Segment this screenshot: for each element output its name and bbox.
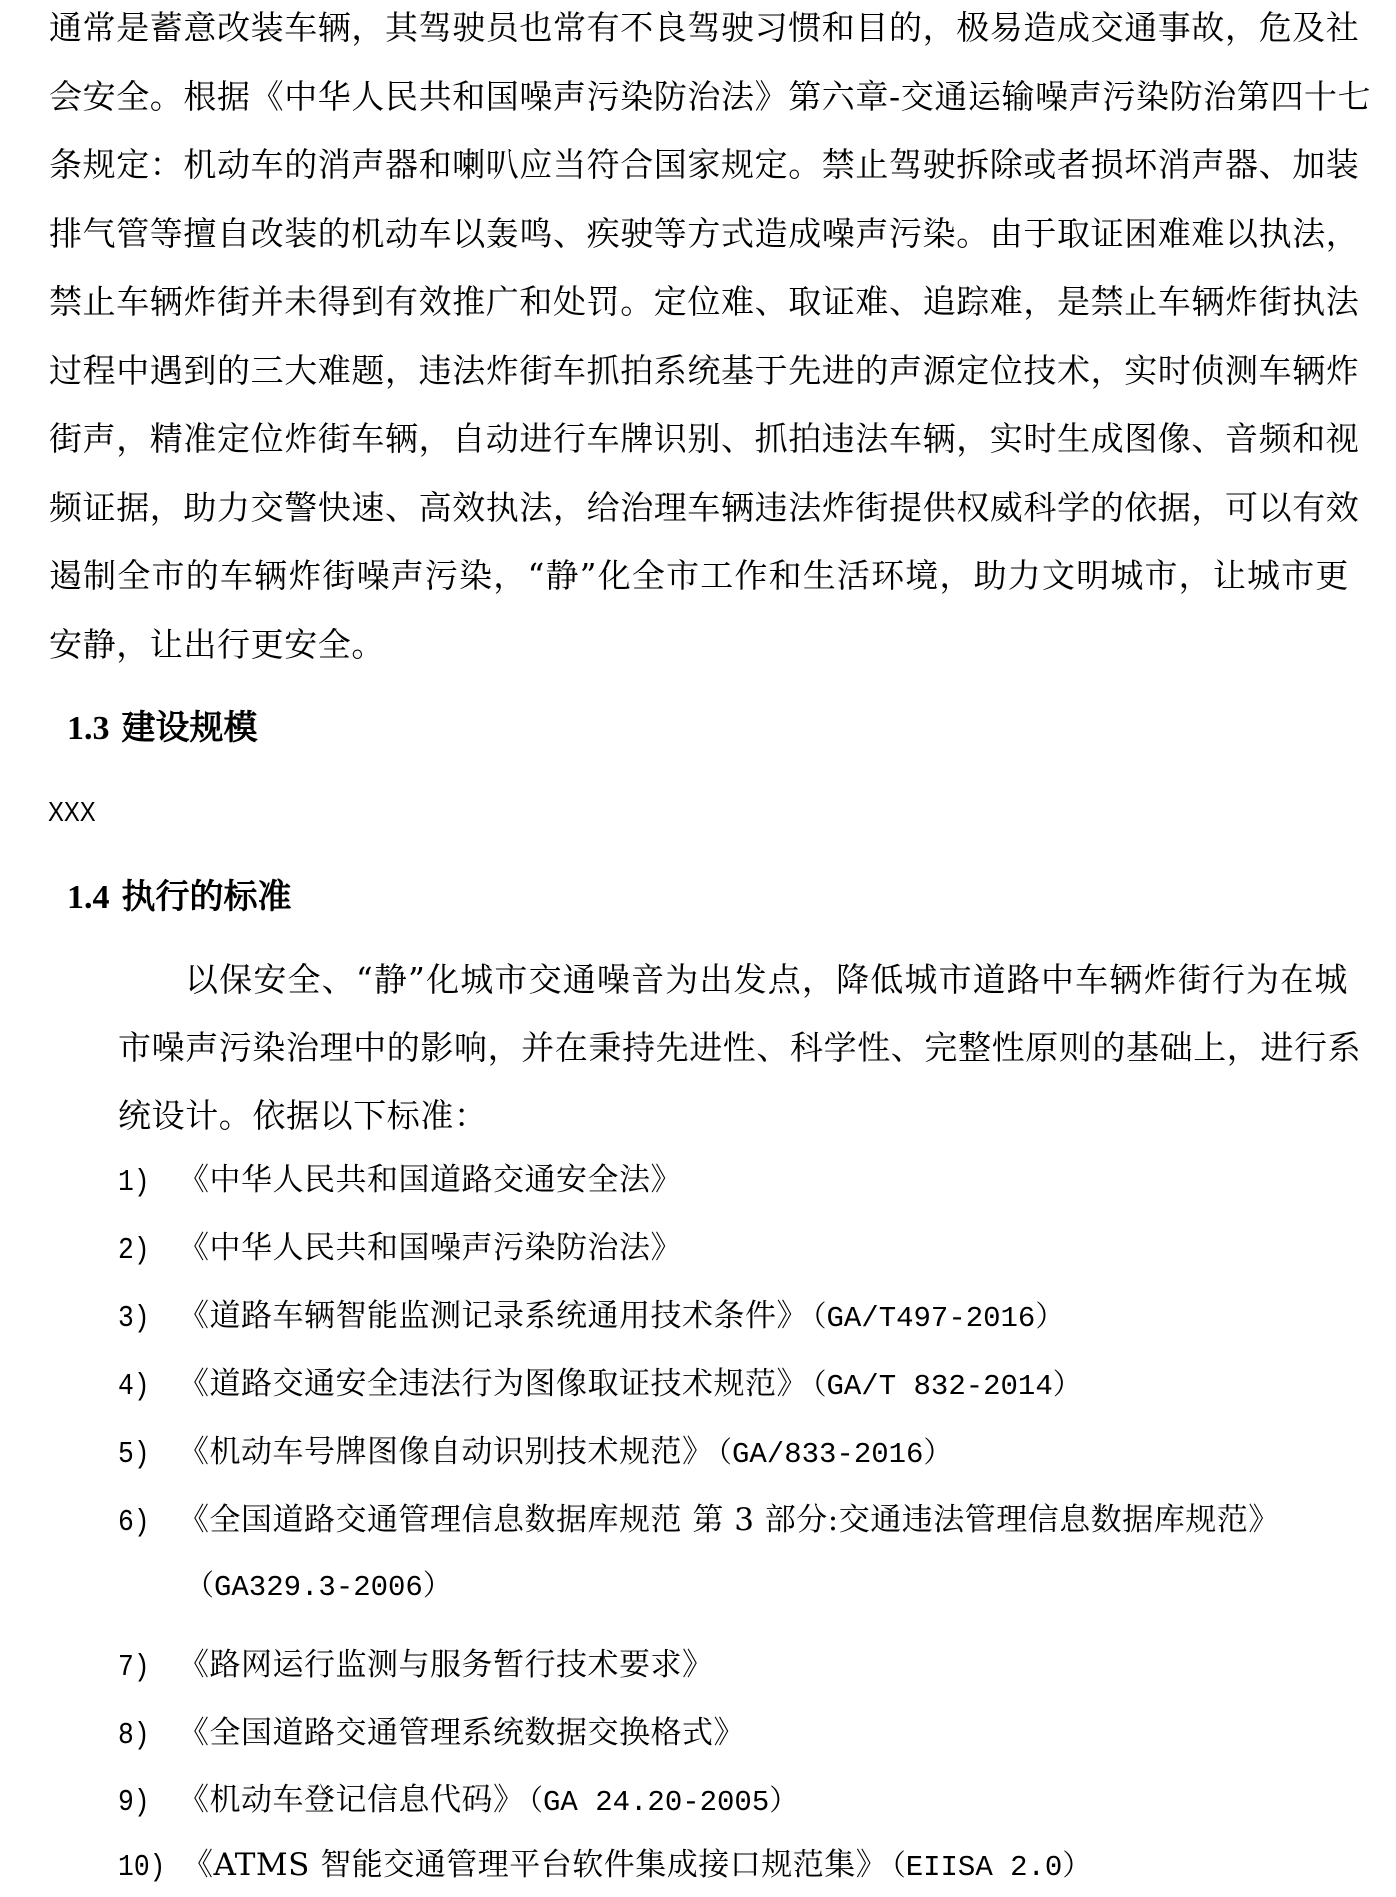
standard-code: （EIISA 2.0） (891, 1851, 1091, 1884)
intro-line-8: 频证据，助力交警快速、高效执法，给治理车辆违法炸街提供权威科学的依据，可以有效 (49, 488, 1349, 528)
intro-line-9: 遏制全市的车辆炸街噪声污染，“静”化全市工作和生活环境，助力文明城市，让城市更 (49, 556, 1349, 596)
list-item: 3)《道路车辆智能监测记录系统通用技术条件》（GA/T497-2016） (118, 1296, 1064, 1336)
list-item: 5)《机动车号牌图像自动识别技术规范》（GA/833-2016） (118, 1432, 952, 1472)
section-heading-1-3: 1.3建设规模 (67, 706, 258, 750)
list-number: 3) (118, 1299, 169, 1339)
list-item: 6)《全国道路交通管理信息数据库规范 第 3 部分:交通违法管理信息数据库规范》 (118, 1500, 1280, 1540)
intro-line-3: 条规定：机动车的消声器和喇叭应当符合国家规定。禁止驾驶拆除或者损坏消声器、加装 (49, 145, 1349, 185)
intro-line-6: 过程中遇到的三大难题，违法炸街车抓拍系统基于先进的声源定位技术，实时侦测车辆炸 (49, 351, 1349, 391)
list-item: 8)《全国道路交通管理系统数据交换格式》 (118, 1713, 749, 1753)
list-number: 6) (118, 1503, 169, 1543)
list-item: 9)《机动车登记信息代码》（GA 24.20-2005） (118, 1780, 798, 1820)
section-title: 执行的标准 (122, 877, 292, 917)
list-number: 1) (118, 1163, 169, 1203)
standard-code: （GA/T497-2016） (812, 1302, 1064, 1335)
standard-title: 《路网运行监测与服务暂行技术要求》 (178, 1647, 714, 1683)
standard-code: （GA 24.20-2005） (529, 1786, 799, 1819)
paragraph-line-1: 以保安全、“静”化城市交通噪音为出发点，降低城市道路中车辆炸街行为在城 (185, 960, 1348, 1000)
paragraph-line-2: 市噪声污染治理中的影响，并在秉持先进性、科学性、完整性原则的基础上，进行系 (118, 1028, 1348, 1068)
standard-title: 《道路交通安全违法行为图像取证技术规范》 (178, 1366, 808, 1402)
standard-title: 《全国道路交通管理系统数据交换格式》 (178, 1715, 745, 1751)
standard-title: 《中华人民共和国道路交通安全法》 (178, 1162, 682, 1198)
list-number: 4) (118, 1367, 169, 1407)
list-item: 10)《ATMS 智能交通管理平台软件集成接口规范集》（EIISA 2.0） (118, 1845, 1091, 1885)
section-1-3-content: XXX (48, 794, 96, 830)
standard-title: 《机动车号牌图像自动识别技术规范》 (178, 1434, 714, 1470)
section-number: 1.3 (67, 710, 110, 747)
list-number: 10) (118, 1848, 172, 1888)
section-title: 建设规模 (122, 708, 258, 748)
intro-line-5: 禁止车辆炸街并未得到有效推广和处罚。定位难、取证难、追踪难，是禁止车辆炸街执法 (49, 282, 1349, 322)
list-item: 4)《道路交通安全违法行为图像取证技术规范》（GA/T 832-2014） (118, 1364, 1082, 1404)
list-item: 1)《中华人民共和国道路交通安全法》 (118, 1160, 686, 1200)
list-number: 8) (118, 1716, 169, 1756)
standard-title: 《机动车登记信息代码》 (178, 1782, 525, 1818)
list-number: 9) (118, 1783, 169, 1823)
section-number: 1.4 (67, 879, 110, 916)
standard-code: （GA/833-2016） (718, 1438, 953, 1471)
list-number: 7) (118, 1648, 169, 1688)
intro-line-7: 街声，精准定位炸街车辆，自动进行车牌识别、抓拍违法车辆，实时生成图像、音频和视 (49, 419, 1349, 459)
standard-code: （GA/T 832-2014） (812, 1370, 1082, 1403)
intro-line-2: 会安全。根据《中华人民共和国噪声污染防治法》第六章-交通运输噪声污染防治第四十七 (49, 77, 1349, 117)
standard-code-continuation: （GA329.3-2006） (185, 1568, 452, 1608)
standard-title: 《道路车辆智能监测记录系统通用技术条件》 (178, 1298, 808, 1334)
intro-line-1: 通常是蓄意改装车辆，其驾驶员也常有不良驾驶习惯和目的，极易造成交通事故，危及社 (49, 8, 1349, 48)
section-heading-1-4: 1.4执行的标准 (67, 875, 292, 919)
list-number: 2) (118, 1231, 169, 1271)
standard-title: 《中华人民共和国噪声污染防治法》 (178, 1230, 682, 1266)
standard-title: 《ATMS 智能交通管理平台软件集成接口规范集》 (182, 1847, 887, 1883)
paragraph-line-3: 统设计。依据以下标准： (118, 1096, 1348, 1136)
intro-line-4: 排气管等擅自改装的机动车以轰鸣、疾驶等方式造成噪声污染。由于取证困难难以执法， (49, 214, 1349, 254)
list-item: 2)《中华人民共和国噪声污染防治法》 (118, 1228, 686, 1268)
list-number: 5) (118, 1435, 169, 1475)
list-item: 7)《路网运行监测与服务暂行技术要求》 (118, 1645, 718, 1685)
intro-line-10: 安静，让出行更安全。 (49, 625, 1349, 665)
standard-title: 《全国道路交通管理信息数据库规范 第 3 部分:交通违法管理信息数据库规范》 (178, 1502, 1280, 1538)
